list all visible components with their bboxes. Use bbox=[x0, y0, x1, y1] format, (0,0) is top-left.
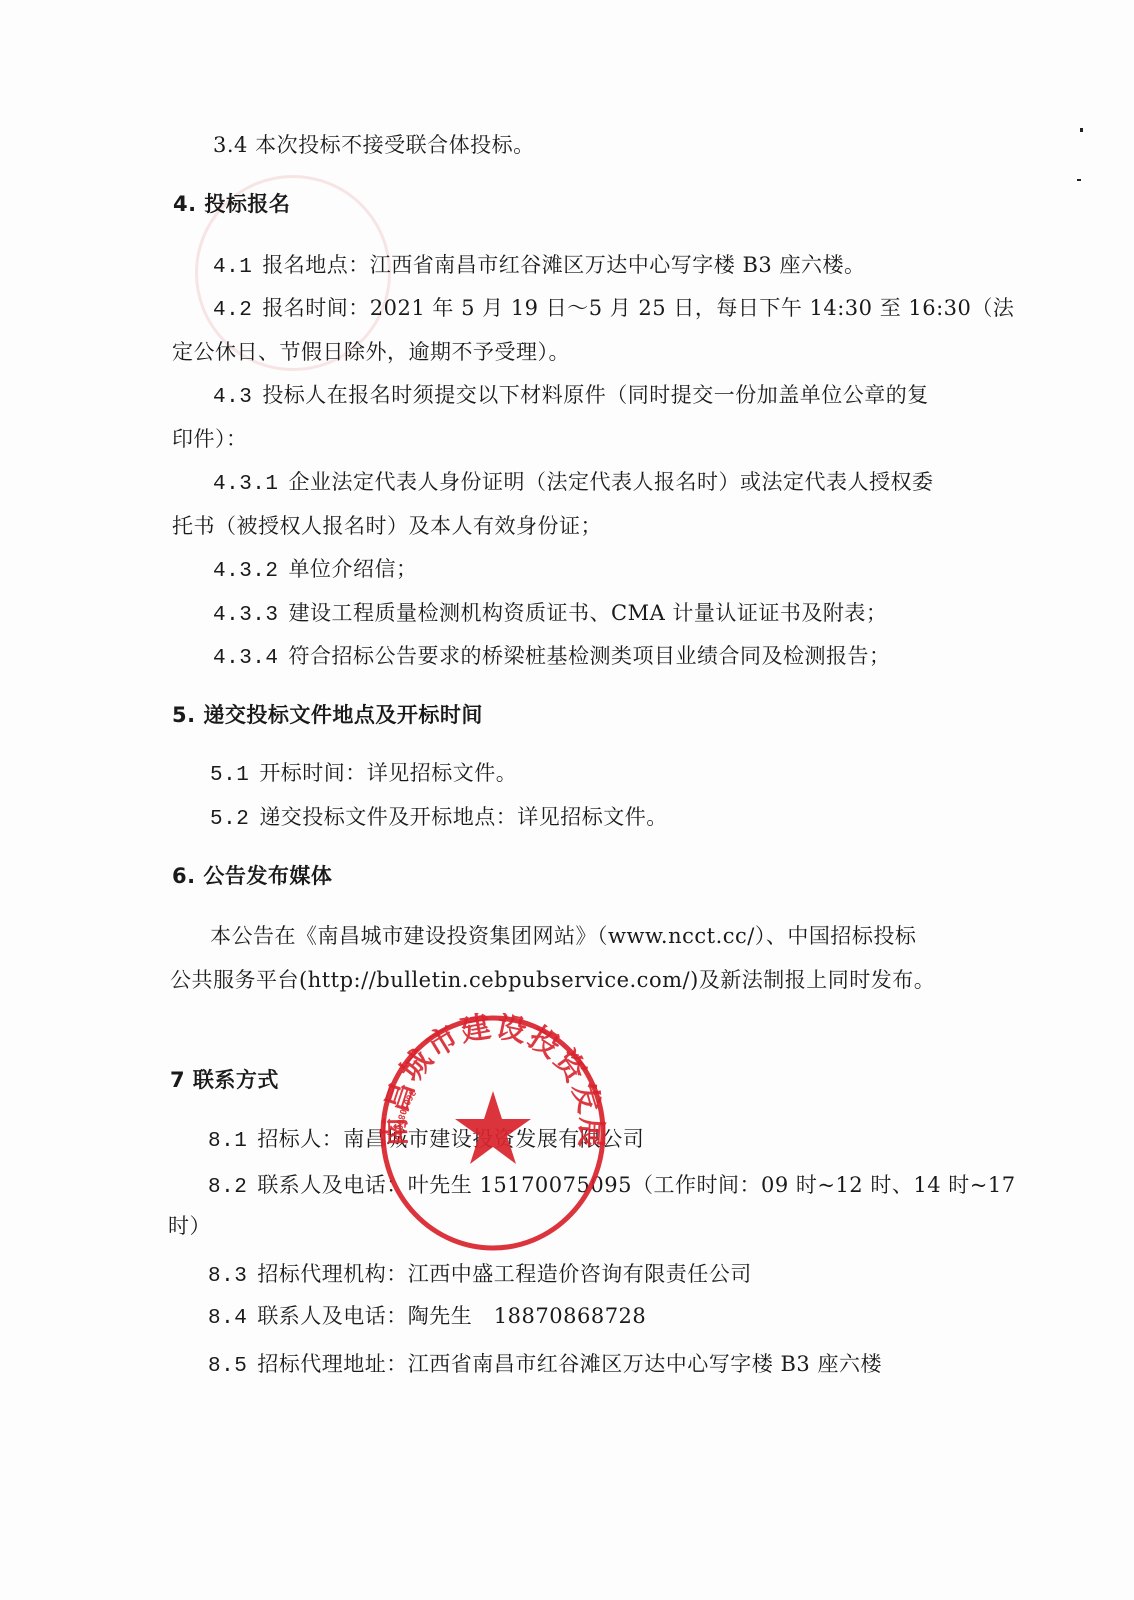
clause-4-3-1: 4.3.1企业法定代表人身份证明（法定代表人报名时）或法定代表人授权委 bbox=[213, 468, 934, 499]
contact-8-4: 8.4联系人及电话：陶先生 18870868728 bbox=[208, 1302, 646, 1333]
clause-label: 5.2 bbox=[210, 808, 249, 831]
clause-text: 报名时间：2021 年 5 月 19 日～5 月 25 日，每日下午 14:30… bbox=[262, 296, 1014, 320]
clause-5-2: 5.2递交投标文件及开标地点：详见招标文件。 bbox=[210, 803, 668, 834]
media-paragraph-line-2: 公共服务平台(http://bulletin.cebpubservice.com… bbox=[170, 966, 935, 994]
clause-text: 企业法定代表人身份证明（法定代表人报名时）或法定代表人授权委 bbox=[289, 470, 934, 494]
clause-label: 8.2 bbox=[208, 1176, 247, 1199]
clause-label: 4.2 bbox=[213, 299, 252, 322]
clause-3-4: 3.4 本次投标不接受联合体投标。 bbox=[213, 131, 535, 159]
clause-text: 开标时间：详见招标文件。 bbox=[259, 761, 517, 785]
clause-5-1: 5.1开标时间：详见招标文件。 bbox=[210, 759, 517, 790]
clause-4-3-3: 4.3.3建设工程质量检测机构资质证书、CMA 计量认证证书及附表； bbox=[213, 599, 887, 630]
clause-4-3-continuation: 印件）： bbox=[172, 425, 248, 453]
clause-4-3-2: 4.3.2单位介绍信； bbox=[213, 555, 418, 586]
contact-8-2-continuation: 时） bbox=[168, 1212, 211, 1240]
section-heading-7: 7 联系方式 bbox=[170, 1066, 279, 1094]
clause-label: 8.1 bbox=[208, 1130, 247, 1153]
clause-4-2: 4.2报名时间：2021 年 5 月 19 日～5 月 25 日，每日下午 14… bbox=[213, 294, 1014, 325]
clause-label: 8.3 bbox=[208, 1265, 247, 1288]
clause-4-1: 4.1报名地点：江西省南昌市红谷滩区万达中心写字楼 B3 座六楼。 bbox=[213, 251, 865, 282]
clause-label: 8.4 bbox=[208, 1307, 247, 1330]
clause-text: 招标代理地址：江西省南昌市红谷滩区万达中心写字楼 B3 座六楼 bbox=[257, 1352, 882, 1376]
clause-text: 建设工程质量检测机构资质证书、CMA 计量认证证书及附表； bbox=[289, 601, 888, 625]
clause-label: 4.1 bbox=[213, 256, 252, 279]
media-paragraph-line-1: 本公告在《南昌城市建设投资集团网站》（www.ncct.cc/）、中国招标投标 bbox=[210, 922, 916, 950]
scan-speck bbox=[1080, 128, 1083, 132]
clause-text: 报名地点：江西省南昌市红谷滩区万达中心写字楼 B3 座六楼。 bbox=[262, 253, 865, 277]
contact-8-3: 8.3招标代理机构：江西中盛工程造价咨询有限责任公司 bbox=[208, 1260, 752, 1291]
clause-label: 4.3.3 bbox=[213, 604, 279, 627]
clause-text: 联系人及电话：陶先生 18870868728 bbox=[257, 1304, 646, 1328]
clause-text: 招标代理机构：江西中盛工程造价咨询有限责任公司 bbox=[257, 1262, 752, 1286]
clause-label: 4.3.1 bbox=[213, 473, 279, 496]
contact-8-2: 8.2联系人及电话：叶先生 15170075095（工作时间：09 时~12 时… bbox=[208, 1171, 1016, 1202]
clause-4-3-1-continuation: 托书（被授权人报名时）及本人有效身份证； bbox=[172, 512, 602, 540]
contact-8-5: 8.5招标代理地址：江西省南昌市红谷滩区万达中心写字楼 B3 座六楼 bbox=[208, 1350, 882, 1381]
section-heading-6: 6. 公告发布媒体 bbox=[172, 862, 332, 890]
clause-text: 招标人：南昌城市建设投资发展有限公司 bbox=[257, 1127, 644, 1151]
clause-label: 4.3 bbox=[213, 386, 252, 409]
section-heading-4: 4. 投标报名 bbox=[173, 190, 290, 218]
clause-text: 单位介绍信； bbox=[289, 557, 418, 581]
clause-text: 联系人及电话：叶先生 15170075095（工作时间：09 时~12 时、14… bbox=[257, 1173, 1015, 1197]
document-page: 3.4 本次投标不接受联合体投标。 4. 投标报名 4.1报名地点：江西省南昌市… bbox=[0, 0, 1134, 1600]
clause-text: 递交投标文件及开标地点：详见招标文件。 bbox=[259, 805, 668, 829]
clause-label: 4.3.2 bbox=[213, 560, 279, 583]
scan-speck bbox=[1077, 179, 1081, 181]
clause-4-3-4: 4.3.4符合招标公告要求的桥梁桩基检测类项目业绩合同及检测报告； bbox=[213, 642, 891, 673]
clause-4-3: 4.3投标人在报名时须提交以下材料原件（同时提交一份加盖单位公章的复 bbox=[213, 381, 929, 412]
clause-text: 投标人在报名时须提交以下材料原件（同时提交一份加盖单位公章的复 bbox=[262, 383, 929, 407]
clause-text: 符合招标公告要求的桥梁桩基检测类项目业绩合同及检测报告； bbox=[289, 644, 891, 668]
clause-label: 8.5 bbox=[208, 1355, 247, 1378]
clause-label: 5.1 bbox=[210, 764, 249, 787]
section-heading-5: 5. 递交投标文件地点及开标时间 bbox=[172, 701, 483, 729]
clause-4-2-continuation: 定公休日、节假日除外，逾期不予受理）。 bbox=[172, 338, 570, 366]
clause-label: 4.3.4 bbox=[213, 647, 279, 670]
contact-8-1: 8.1招标人：南昌城市建设投资发展有限公司 bbox=[208, 1125, 644, 1156]
